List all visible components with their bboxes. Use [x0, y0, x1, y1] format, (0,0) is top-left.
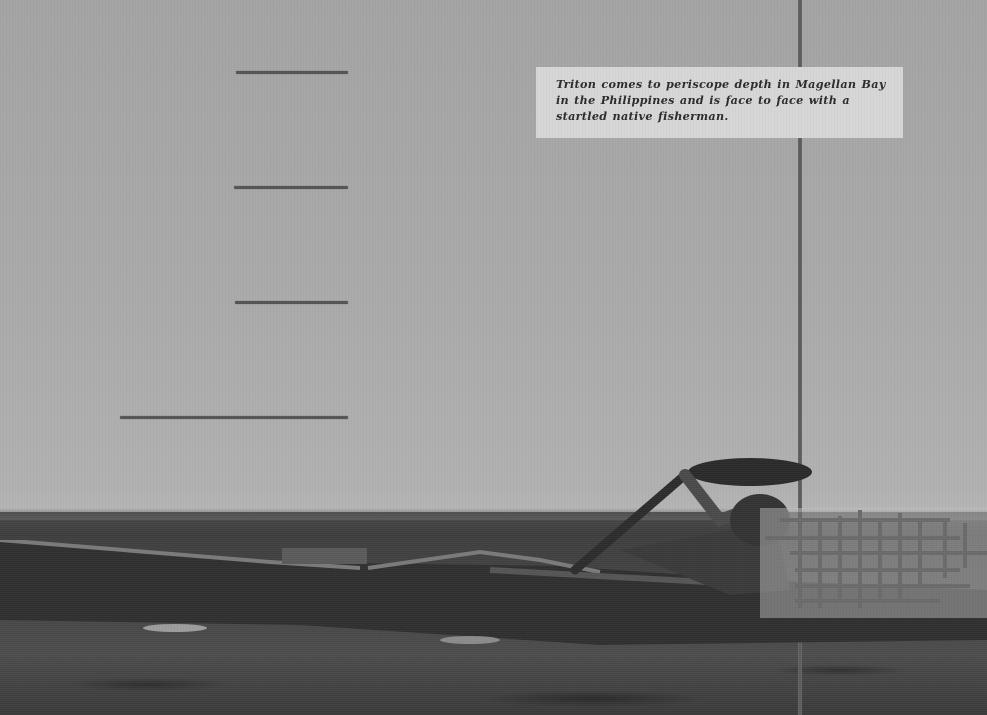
caption-text: Triton comes to periscope depth in Magel… [556, 76, 889, 124]
reticle-tick [120, 416, 348, 419]
periscope-photo: Triton comes to periscope depth in Magel… [0, 0, 987, 715]
reticle-tick [234, 186, 348, 189]
caption-box: Triton comes to periscope depth in Magel… [536, 67, 903, 138]
scan-artifact [760, 508, 987, 618]
reticle-tick [236, 71, 348, 74]
reticle-tick [235, 301, 348, 304]
